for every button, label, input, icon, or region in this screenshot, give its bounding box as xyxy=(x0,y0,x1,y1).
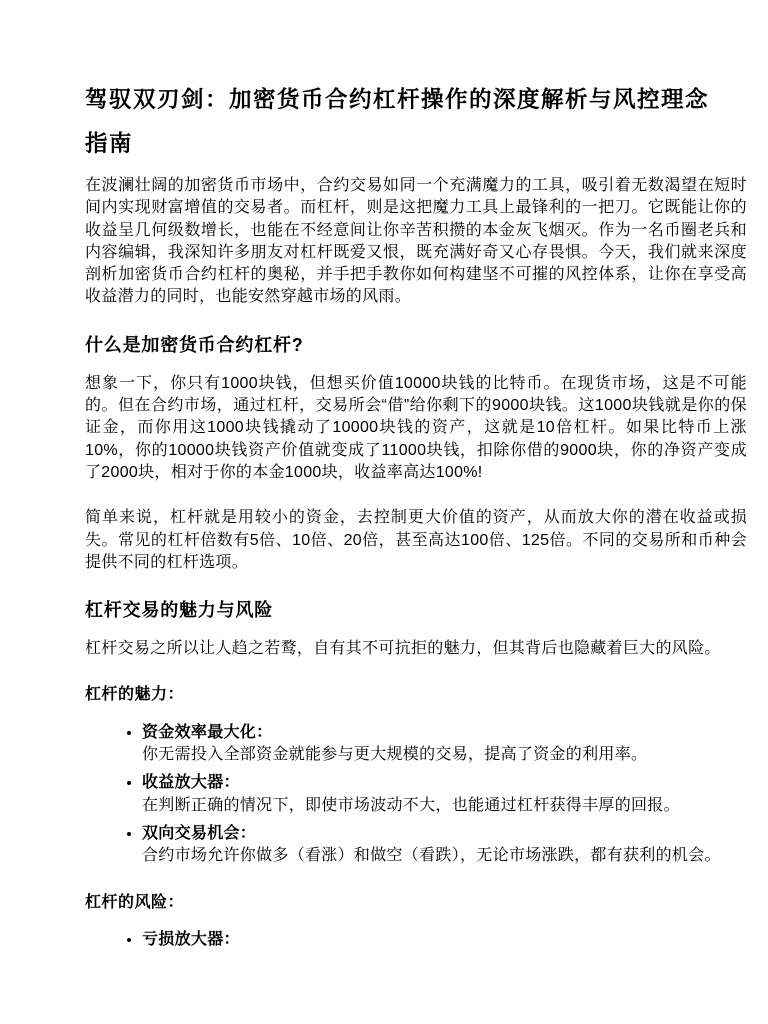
list-item: 亏损放大器： xyxy=(142,929,747,951)
section-heading-what-is-leverage: 什么是加密货币合约杠杆? xyxy=(85,333,747,358)
bullet-label-profit-amplifier: 收益放大器： xyxy=(142,772,747,794)
intro-paragraph: 在波澜壮阔的加密货币市场中，合约交易如同一个充满魔力的工具，吸引着无数渴望在短时… xyxy=(85,175,747,309)
section1-paragraph-2: 简单来说，杠杆就是用较小的资金，去控制更大价值的资产，从而放大你的潜在收益或损失… xyxy=(85,507,747,574)
list-item: 收益放大器： 在判断正确的情况下，即使市场波动不大，也能通过杠杆获得丰厚的回报。 xyxy=(142,772,747,817)
document-page: 驾驭双刃剑：加密货币合约杠杆操作的深度解析与风控理念指南 在波澜壮阔的加密货币市… xyxy=(0,0,768,1024)
document-title: 驾驭双刃剑：加密货币合约杠杆操作的深度解析与风控理念指南 xyxy=(85,78,747,166)
bullet-desc-two-way-trading: 合约市场允许你做多（看涨）和做空（看跌），无论市场涨跌，都有获利的机会。 xyxy=(142,845,747,867)
sub-heading-leverage-risk: 杠杆的风险： xyxy=(85,892,747,914)
risk-bullet-list: 亏损放大器： xyxy=(85,929,747,951)
bullet-desc-capital-efficiency: 你无需投入全部资金就能参与更大规模的交易，提高了资金的利用率。 xyxy=(142,744,747,766)
section1-paragraph-1: 想象一下，你只有1000块钱，但想买价值10000块钱的比特币。在现货市场，这是… xyxy=(85,373,747,484)
document-content: 驾驭双刃剑：加密货币合约杠杆操作的深度解析与风控理念指南 在波澜壮阔的加密货币市… xyxy=(85,78,747,967)
bullet-desc-profit-amplifier: 在判断正确的情况下，即使市场波动不大，也能通过杠杆获得丰厚的回报。 xyxy=(142,795,747,817)
list-item: 双向交易机会： 合约市场允许你做多（看涨）和做空（看跌），无论市场涨跌，都有获利… xyxy=(142,823,747,868)
list-item: 资金效率最大化： 你无需投入全部资金就能参与更大规模的交易，提高了资金的利用率。 xyxy=(142,722,747,767)
bullet-label-capital-efficiency: 资金效率最大化： xyxy=(142,722,747,744)
bullet-label-two-way-trading: 双向交易机会： xyxy=(142,823,747,845)
bullet-label-loss-amplifier: 亏损放大器： xyxy=(142,929,747,951)
sub-heading-leverage-appeal: 杠杆的魅力： xyxy=(85,684,747,706)
section-heading-appeal-and-risk: 杠杆交易的魅力与风险 xyxy=(85,598,747,623)
appeal-bullet-list: 资金效率最大化： 你无需投入全部资金就能参与更大规模的交易，提高了资金的利用率。… xyxy=(85,722,747,868)
section2-paragraph: 杠杆交易之所以让人趋之若鹜，自有其不可抗拒的魅力，但其背后也隐藏着巨大的风险。 xyxy=(85,638,747,660)
